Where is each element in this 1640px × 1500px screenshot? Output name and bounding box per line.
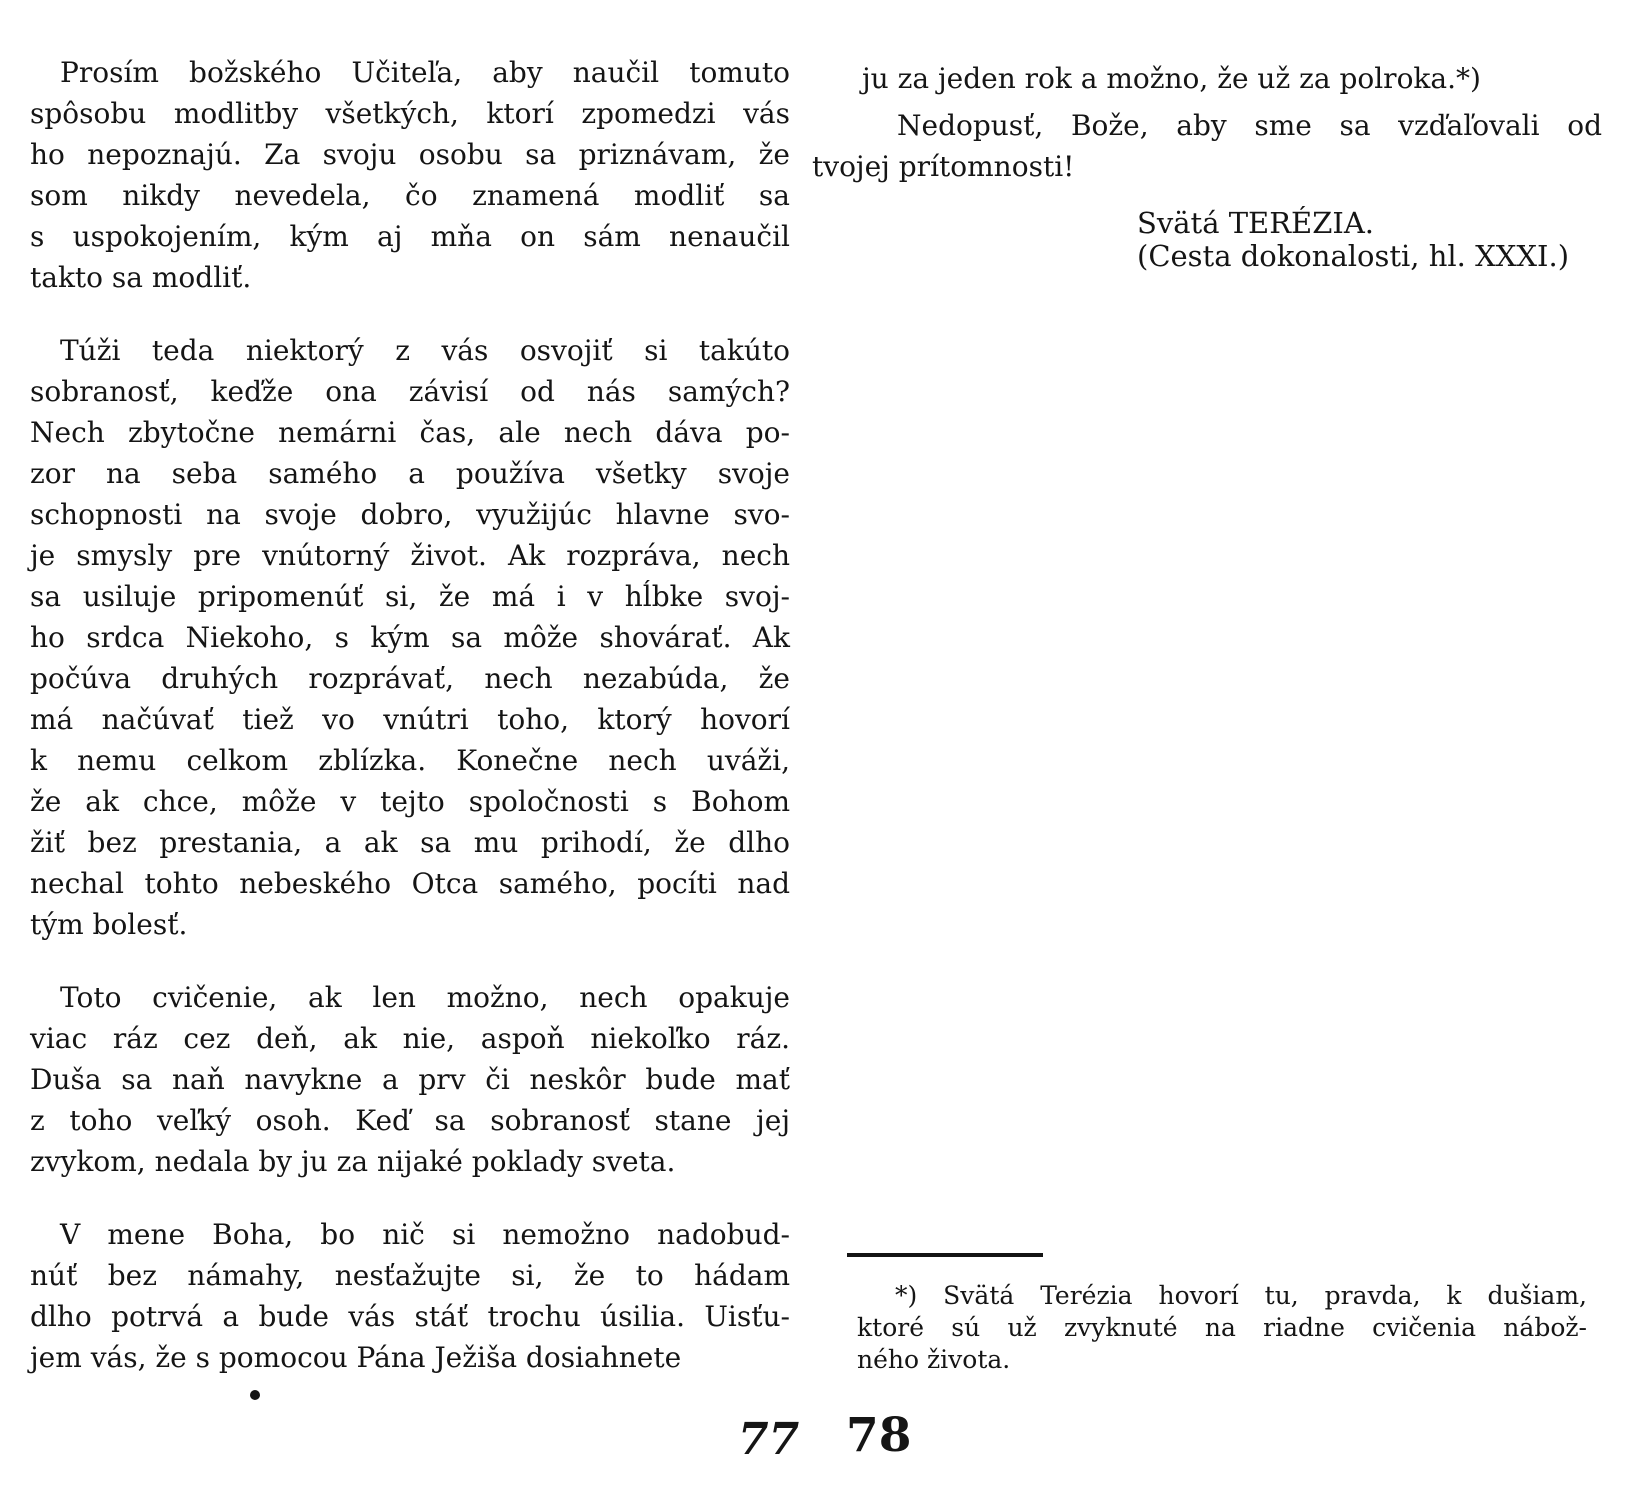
text-line: takto sa modliť. bbox=[30, 257, 790, 298]
text-line: Prosím božského Učiteľa, aby naučil tomu… bbox=[30, 52, 790, 93]
text-line: tvojej prítomnosti! bbox=[812, 146, 1602, 187]
left-page-text-column: Prosím božského Učiteľa, aby naučil tomu… bbox=[30, 52, 790, 1410]
text-line: Túži teda niektorý z vás osvojiť si takú… bbox=[30, 330, 790, 371]
text-line: žiť bez prestania, a ak sa mu prihodí, ž… bbox=[30, 822, 790, 863]
text-line: ho nepoznajú. Za svoju osobu sa priznáva… bbox=[30, 134, 790, 175]
text-line: spôsobu modlitby všetkých, ktorí zpomedz… bbox=[30, 93, 790, 134]
text-line: má načúvať tiež vo vnútri toho, ktorý ho… bbox=[30, 699, 790, 740]
text-line: Duša sa naň navykne a prv či neskôr bude… bbox=[30, 1059, 790, 1100]
text-line: je smysly pre vnútorný život. Ak rozpráv… bbox=[30, 535, 790, 576]
attribution-author: Svätá TERÉZIA. bbox=[1137, 207, 1569, 240]
footnote-block: *) Svätá Terézia hovorí tu, pravda, k du… bbox=[857, 1280, 1587, 1376]
left-page-number: 77 bbox=[738, 1416, 799, 1464]
text-line: sa usiluje pripomenúť si, že má i v hĺbk… bbox=[30, 576, 790, 617]
right-page-text-column: ju za jeden rok a možno, že už za polrok… bbox=[812, 58, 1602, 193]
text-line: V mene Boha, bo nič si nemožno nadobud- bbox=[30, 1214, 790, 1255]
paragraph: Prosím božského Učiteľa, aby naučil tomu… bbox=[30, 52, 790, 298]
text-line: dlho potrvá a bude vás stáť trochu úsili… bbox=[30, 1296, 790, 1337]
text-line: zor na seba samého a používa všetky svoj… bbox=[30, 453, 790, 494]
text-line: z toho veľký osoh. Keď sa sobranosť stan… bbox=[30, 1100, 790, 1141]
text-line: počúva druhých rozprávať, nech nezabúda,… bbox=[30, 658, 790, 699]
text-line: s uspokojením, kým aj mňa on sám nenauči… bbox=[30, 216, 790, 257]
text-line: ju za jeden rok a možno, že už za polrok… bbox=[812, 58, 1602, 99]
text-line: Toto cvičenie, ak len možno, nech opakuj… bbox=[30, 977, 790, 1018]
paragraph: Nedopusť, Bože, aby sme sa vzďaľovali od… bbox=[812, 105, 1602, 187]
paragraph: Túži teda niektorý z vás osvojiť si takú… bbox=[30, 330, 790, 945]
text-line: nechal tohto nebeského Otca samého, pocí… bbox=[30, 863, 790, 904]
text-line: ktoré sú už zvyknuté na riadne cvičenia … bbox=[857, 1312, 1587, 1344]
text-line: ného života. bbox=[857, 1344, 1587, 1376]
paragraph: Toto cvičenie, ak len možno, nech opakuj… bbox=[30, 977, 790, 1182]
text-line: tým bolesť. bbox=[30, 904, 790, 945]
paragraph: *) Svätá Terézia hovorí tu, pravda, k du… bbox=[857, 1280, 1587, 1376]
text-line: že ak chce, môže v tejto spoločnosti s B… bbox=[30, 781, 790, 822]
text-line: viac ráz cez deň, ak nie, aspoň niekoľko… bbox=[30, 1018, 790, 1059]
text-line: Nedopusť, Bože, aby sme sa vzďaľovali od bbox=[812, 105, 1602, 146]
text-line: sobranosť, keďže ona závisí od nás samýc… bbox=[30, 371, 790, 412]
text-line: ho srdca Niekoho, s kým sa môže shovárať… bbox=[30, 617, 790, 658]
text-line: zvykom, nedala by ju za nijaké poklady s… bbox=[30, 1141, 790, 1182]
footnote-separator-rule bbox=[847, 1253, 1043, 1257]
text-line: jem vás, že s pomocou Pána Ježiša dosiah… bbox=[30, 1337, 790, 1378]
text-line: núť bez námahy, nesťažujte si, že to hád… bbox=[30, 1255, 790, 1296]
text-line: k nemu celkom zblízka. Konečne nech uváž… bbox=[30, 740, 790, 781]
text-line: *) Svätá Terézia hovorí tu, pravda, k du… bbox=[857, 1280, 1587, 1312]
text-line: Nech zbytočne nemárni čas, ale nech dáva… bbox=[30, 412, 790, 453]
right-page-number: 78 bbox=[846, 1410, 911, 1462]
text-line: schopnosti na svoje dobro, využijúc hlav… bbox=[30, 494, 790, 535]
paragraph: V mene Boha, bo nič si nemožno nadobud-n… bbox=[30, 1214, 790, 1378]
attribution-source: (Cesta dokonalosti, hl. XXXI.) bbox=[1137, 240, 1569, 273]
paragraph: ju za jeden rok a možno, že už za polrok… bbox=[812, 58, 1602, 99]
attribution-block: Svätá TERÉZIA. (Cesta dokonalosti, hl. X… bbox=[1137, 207, 1569, 273]
ink-dot-artifact bbox=[250, 1390, 260, 1400]
text-line: som nikdy nevedela, čo znamená modliť sa bbox=[30, 175, 790, 216]
